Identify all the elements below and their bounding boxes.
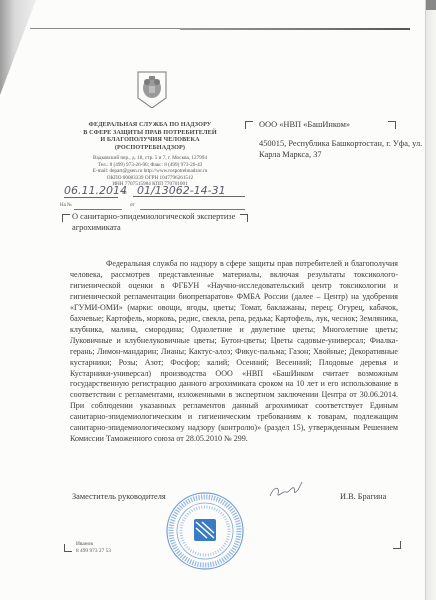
letter-body: Федеральная служба по надзору в сфере за… — [70, 259, 398, 445]
agency-line: ФЕДЕРАЛЬНАЯ СЛУЖБА ПО НАДЗОРУ — [60, 121, 240, 129]
handwritten-signature-icon — [268, 480, 304, 502]
number-label: № — [122, 191, 127, 196]
executor-phone: 8 499 973 27 53 — [76, 548, 111, 555]
reply-to-label: На № — [60, 203, 72, 208]
recipient-name: ООО «НВП «БашИнком» — [259, 119, 424, 130]
letter-subject: О санитарно-эпидемиологической экспертиз… — [72, 211, 242, 233]
recipient-address: 450015, Республика Башкортостан, г. Уфа,… — [259, 138, 424, 160]
executor-corner — [64, 544, 72, 552]
signatory-title: Заместитель руководителя — [72, 492, 166, 501]
top-rule-dark — [180, 28, 410, 30]
letter-date: 06.11.2014 — [64, 185, 118, 198]
document-page: ФЕДЕРАЛЬНАЯ СЛУЖБА ПО НАДЗОРУ В СФЕРЕ ЗА… — [0, 0, 436, 600]
official-seal-icon — [165, 491, 245, 571]
subject-corner — [62, 214, 70, 222]
executor-name: Иванов — [76, 541, 111, 548]
signatory-name: И.В. Брагина — [340, 492, 386, 501]
agency-phone: Тел.: 8 (499) 973-26-90; Факс: 8 (499) 9… — [60, 162, 240, 169]
russian-coat-of-arms-icon — [136, 70, 168, 108]
agency-address: Вадковский пер., д. 18, стр. 5 и 7, г. М… — [60, 155, 240, 162]
letter-number: 01/13062-14-31 — [133, 185, 245, 197]
scan-fold-shadow — [0, 0, 36, 95]
agency-line: (РОСПОТРЕБНАДЗОР) — [60, 144, 240, 152]
footer-corner — [393, 541, 401, 549]
agency-email: E-mail: depart@gsen.ru http://www.rospot… — [60, 168, 240, 175]
executor-block: Иванов 8 499 973 27 53 — [76, 541, 111, 555]
recipient-block: ООО «НВП «БашИнком» 450015, Республика Б… — [259, 119, 424, 160]
agency-line: В СФЕРЕ ЗАЩИТЫ ПРАВ ПОТРЕБИТЕЛЕЙ — [60, 129, 240, 137]
from-field — [140, 209, 245, 210]
agency-line: И БЛАГОПОЛУЧИЯ ЧЕЛОВЕКА — [60, 136, 240, 144]
agency-okpo: ОКПО 00083339 ОГРН 1047796261512 — [60, 175, 240, 182]
recipient-corner — [245, 121, 253, 129]
from-label: от — [130, 203, 135, 208]
scan-right-edge — [425, 0, 436, 600]
reply-to-field — [74, 209, 122, 210]
agency-name: ФЕДЕРАЛЬНАЯ СЛУЖБА ПО НАДЗОРУ В СФЕРЕ ЗА… — [60, 121, 240, 151]
scan-corner — [426, 0, 436, 10]
